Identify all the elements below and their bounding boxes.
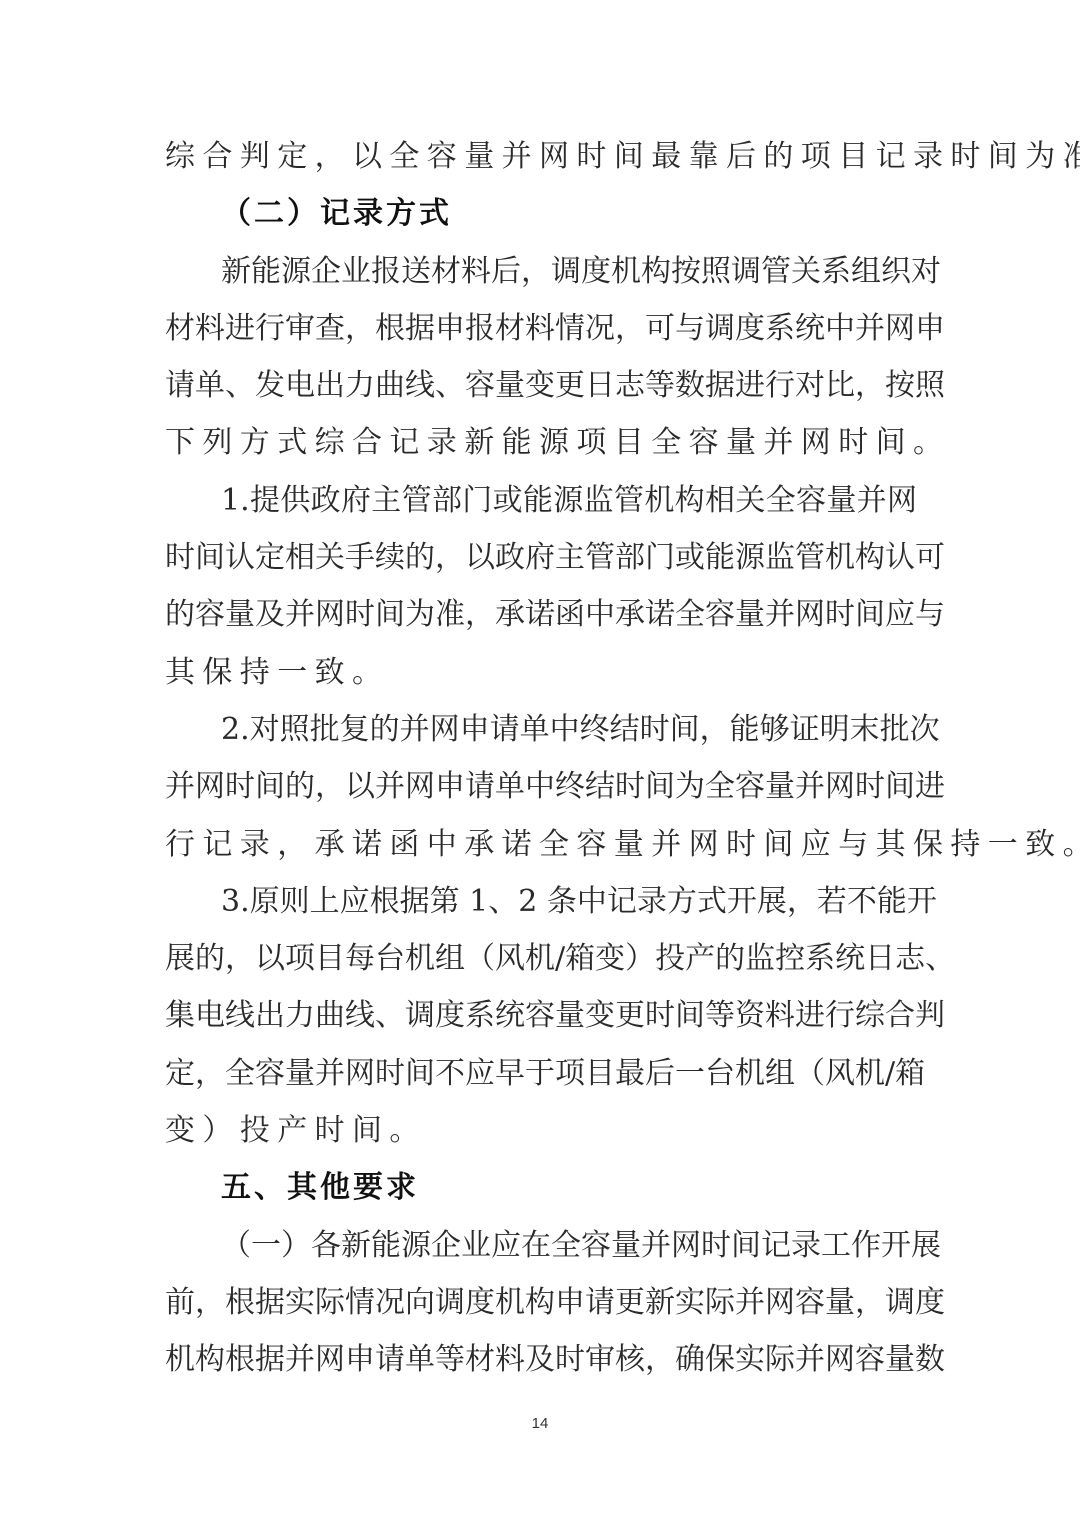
paragraph-line: 材料进行审查，根据申报材料情况，可与调度系统中并网申 (165, 300, 917, 357)
list-item-1-line: 的容量及并网时间为准，承诺函中承诺全容量并网时间应与 (165, 586, 917, 643)
list-item-2-line: 行记录，承诺函中承诺全容量并网时间应与其保持一致。 (165, 816, 917, 873)
list-item-3-line: 展的，以项目每台机组（风机/箱变）投产的监控系统日志、 (165, 930, 917, 987)
list-item-2-line: 2.对照批复的并网申请单中终结时间，能够证明末批次 (165, 701, 917, 758)
list-item-2-line: 并网时间的，以并网申请单中终结时间为全容量并网时间进 (165, 758, 917, 815)
list-item-1-line: 时间认定相关手续的，以政府主管部门或能源监管机构认可 (165, 529, 917, 586)
paragraph-line: （一）各新能源企业应在全容量并网时间记录工作开展 (165, 1217, 917, 1274)
document-page-body: 综合判定，以全容量并网时间最靠后的项目记录时间为准。 （二）记录方式 新能源企业… (165, 128, 917, 1389)
list-item-1-line: 其保持一致。 (165, 644, 917, 701)
page-number: 14 (0, 1415, 1080, 1432)
paragraph-line: 请单、发电出力曲线、容量变更日志等数据进行对比，按照 (165, 357, 917, 414)
paragraph-line: 机构根据并网申请单等材料及时审核，确保实际并网容量数 (165, 1331, 917, 1388)
list-item-3-line: 3.原则上应根据第 1、2 条中记录方式开展，若不能开 (165, 873, 917, 930)
paragraph-line: 综合判定，以全容量并网时间最靠后的项目记录时间为准。 (165, 128, 917, 185)
list-item-3-line: 集电线出力曲线、调度系统容量变更时间等资料进行综合判 (165, 987, 917, 1044)
section-heading-other-requirements: 五、其他要求 (165, 1159, 917, 1216)
section-heading-record-method: （二）记录方式 (165, 185, 917, 242)
list-item-1-line: 1.提供政府主管部门或能源监管机构相关全容量并网 (165, 472, 917, 529)
list-item-3-line: 定，全容量并网时间不应早于项目最后一台机组（风机/箱 (165, 1045, 917, 1102)
paragraph-line: 新能源企业报送材料后，调度机构按照调管关系组织对 (165, 243, 917, 300)
list-item-3-line: 变）投产时间。 (165, 1102, 917, 1159)
paragraph-line: 前，根据实际情况向调度机构申请更新实际并网容量，调度 (165, 1274, 917, 1331)
paragraph-line: 下列方式综合记录新能源项目全容量并网时间。 (165, 414, 917, 471)
